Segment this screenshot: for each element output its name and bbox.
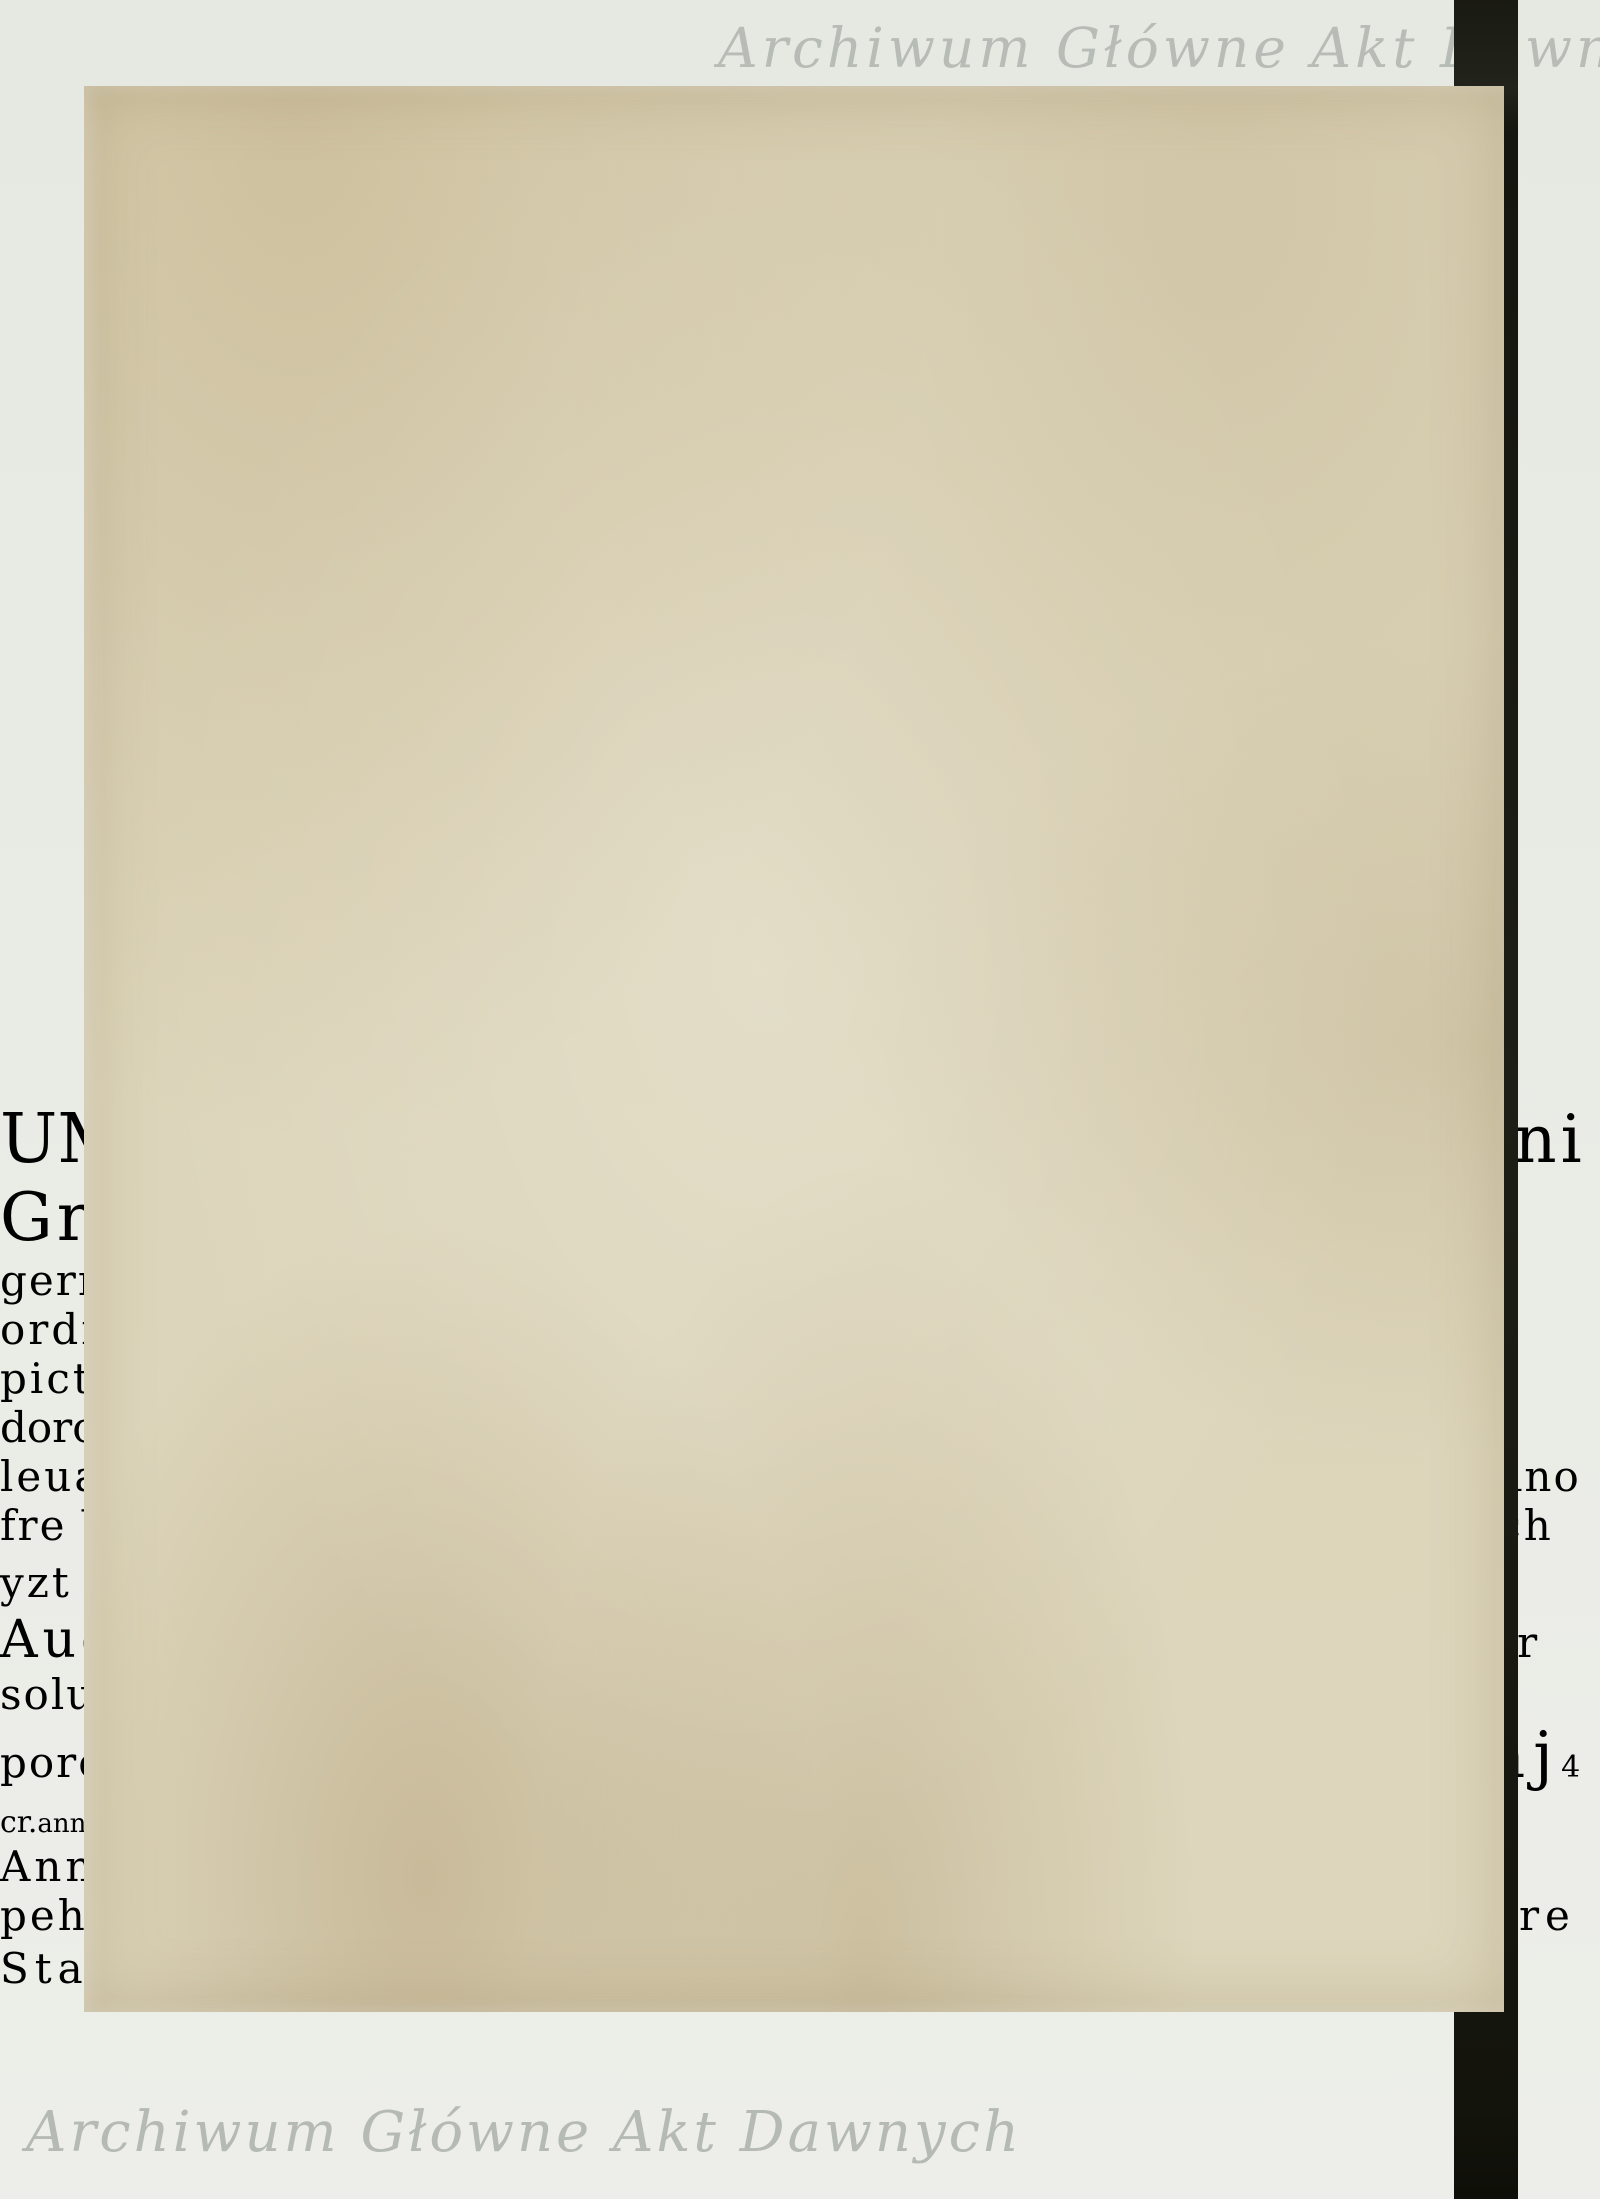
ink-showthrough xyxy=(84,1586,664,1696)
ink-showthrough xyxy=(84,606,204,1036)
ink-showthrough xyxy=(84,86,214,606)
ink-showthrough xyxy=(0,600,56,1100)
archival-scan: Archiwum Główne Akt Dawnych Archiwum Głó… xyxy=(0,0,1600,2199)
ink-showthrough xyxy=(83,1350,725,1491)
ink-showthrough xyxy=(0,0,60,600)
ink-showthrough xyxy=(84,1036,194,1356)
ink-showthrough xyxy=(84,2046,604,2156)
manuscript-page xyxy=(84,86,1504,2012)
ink-showthrough xyxy=(84,1916,884,2046)
ink-showthrough xyxy=(84,1486,804,1586)
ink-showthrough xyxy=(84,1696,444,1916)
